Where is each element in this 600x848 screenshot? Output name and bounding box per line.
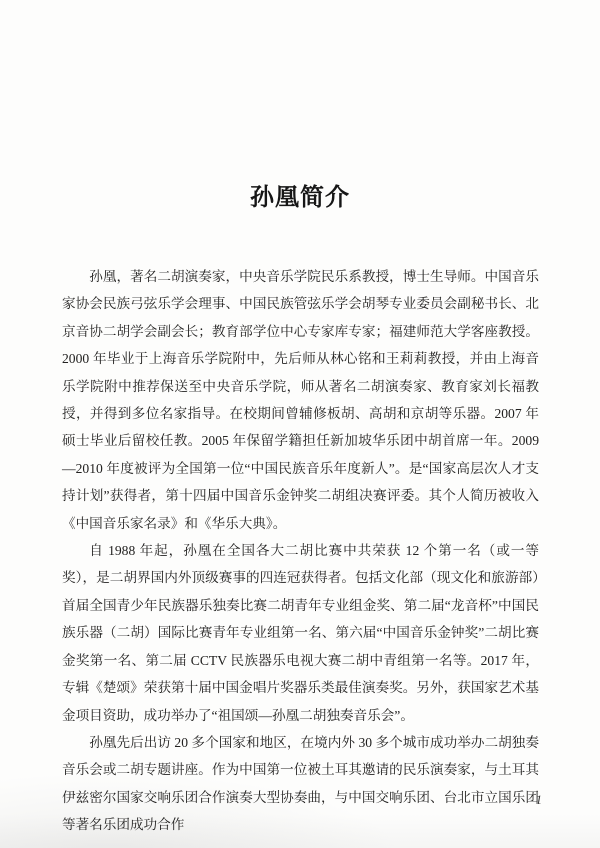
paragraph-intro: 孙凰，著名二胡演奏家，中央音乐学院民乐系教授，博士生导师。中国音乐家协会民族弓弦… xyxy=(62,263,539,537)
biography-text: 孙凰，著名二胡演奏家，中央音乐学院民乐系教授，博士生导师。中国音乐家协会民族弓弦… xyxy=(62,263,539,839)
page-title: 孙凰简介 xyxy=(0,0,600,213)
paragraph-tours: 孙凰先后出访 20 多个国家和地区，在境内外 30 多个城市成功举办二胡独奏音乐… xyxy=(62,729,539,839)
paragraph-awards: 自 1988 年起，孙凰在全国各大二胡比赛中共荣获 12 个第一名（或一等奖），… xyxy=(62,537,539,729)
page-number: 1 xyxy=(536,792,543,808)
book-page: 孙凰简介 孙凰，著名二胡演奏家，中央音乐学院民乐系教授，博士生导师。中国音乐家协… xyxy=(0,0,600,848)
